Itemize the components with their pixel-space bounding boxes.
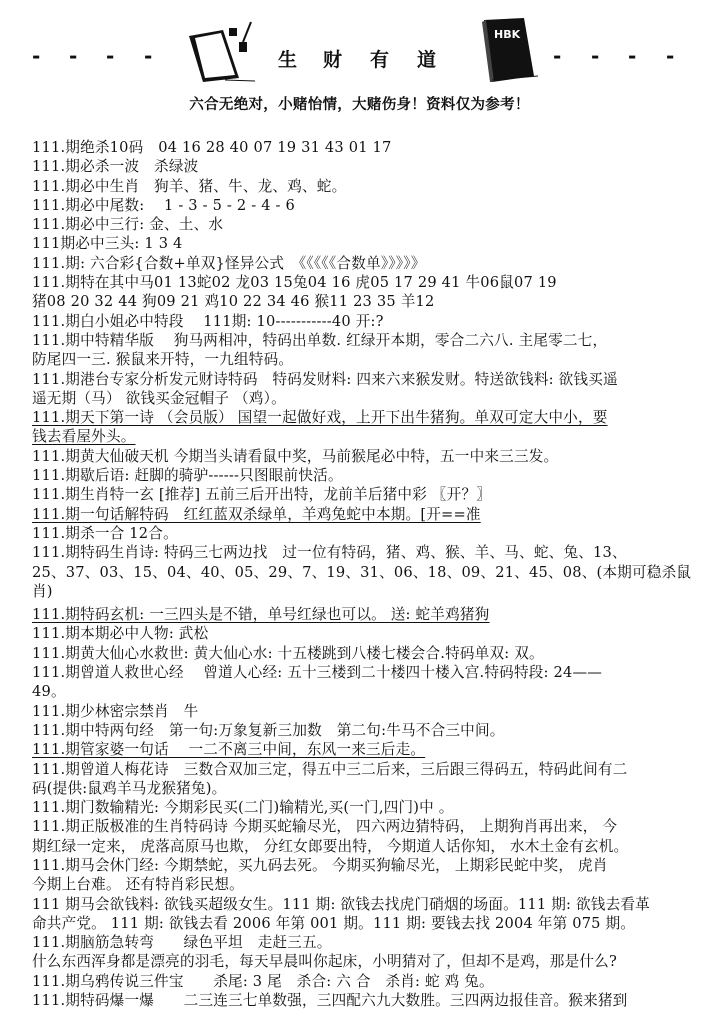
text-line: 111期必中三头: 1 3 4 [32,234,702,253]
text-line: 什么东西浑身都是漂亮的羽毛，每天早晨叫你起床，小明猜对了，但却不是鸡，那是什么? [32,952,702,971]
text-line: 111.期乌鸦传说三件宝 杀尾: 3 尾 杀合: 六 合 杀肖: 蛇 鸡 兔。 [32,972,702,991]
text-line: 111.期必中尾数: 1 - 3 - 5 - 2 - 4 - 6 [32,196,702,215]
text-line: 111.期白小姐必中特段 111期: 10-----------40 开:? [32,312,702,331]
prediction-list: 111.期绝杀10码 04 16 28 40 07 19 31 43 01 17… [32,138,702,1010]
text-line: 111.期: 六合彩{合数+单双}怪异公式 《《《《《合数单》》》》》 [32,254,702,273]
decorative-dash: - [106,44,114,68]
text-line: 期红绿一定来， 虎落高原马也欺， 分红女郎要出特， 今期道人话你知， 水木土金有… [32,837,702,856]
text-line: 111.期曾道人梅花诗 三数合双加三定，得五中三二后来，三后跟三得码五，特码此间… [32,760,702,779]
text-line-underlined: 111.期天下第一诗 （会员版） 国望一起做好戏，上开下出牛猪狗。单双可定大中小… [32,408,702,427]
text-line: 命共产党。 111 期: 欲钱去看 2006 年第 001 期。111 期: 要… [32,914,702,933]
text-line: 肖) [32,582,702,601]
text-line: 111.期绝杀10码 04 16 28 40 07 19 31 43 01 17 [32,138,702,157]
decorative-dash: - [32,44,40,68]
text-line: 111.期少林密宗禁肖 牛 [32,702,702,721]
text-line: 111.期必中三行: 金、土、水 [32,215,702,234]
text-line: 码(提供:鼠鸡羊马龙猴猪兔)。 [32,779,702,798]
text-line: 111.期必中生肖 狗羊、猪、牛、龙、鸡、蛇。 [32,177,702,196]
text-line: 111.期黄大仙破天机 今期当头请看鼠中奖，马前猴尾必中特，五一中来三三发。 [32,447,702,466]
text-line-underlined: 111.期管家婆一句话 一二不离三中间，东风一来三后走。 [32,740,702,759]
title-char: 道 [417,45,436,72]
text-line: 111.期特在其中马01 13蛇02 龙03 15兔04 16 虎05 17 2… [32,273,702,292]
text-line: 111.期中特精华版 狗马两相冲，特码出单数. 红绿开本期，零合二六八. 主尾零… [32,331,702,350]
text-line: 防尾四一三. 猴鼠来开特，一九组特码。 [32,350,702,369]
text-line: 111.期曾道人救世心经 曾道人心经: 五十三楼到二十楼四十楼入宫.特码特段: … [32,663,702,682]
title-char: 财 [323,45,342,72]
text-line: 111.期必杀一波 杀绿波 [32,157,702,176]
svg-text:HBK: HBK [494,28,521,41]
text-line: 111.期歇后语: 赶脚的骑驴------只图眼前快活。 [32,466,702,485]
disclaimer-text: 六合无绝对，小赌怡情，大赌伤身！资料仅为参考！ [0,93,719,114]
title-char: 生 [278,45,297,72]
text-line: 111.期生肖特一玄 [推荐] 五前三后开出特，龙前羊后猪中彩 〖开？〗 [32,485,702,504]
decorative-dash: - [628,44,636,68]
text-line-underlined: 钱去看屋外头。 [32,427,702,446]
text-line: 25、37、03、15、04、40、05、29、7、19、31、06、18、09… [32,563,702,582]
text-line: 111.期正版极准的生肖特码诗 今期买蛇输尽光， 四六两边猜特码， 上期狗肖再出… [32,817,702,836]
text-line: 111 期马会欲钱料: 欲钱买超级女生。111 期: 欲钱去找虎门硝烟的场面。1… [32,895,702,914]
text-line: 111.期中特两句经 第一句:万象复新三加数 第二句:牛马不合三中间。 [32,721,702,740]
text-line-underlined: 111.期一句话解特码 红红蓝双杀绿单，羊鸡兔蛇中本期。[开==准 [32,505,702,524]
text-line: 111.期门数输精光: 今期彩民买(二门)输精光,买(一门,四门)中 。 [32,798,702,817]
text-line: 111.期马会休门经: 今期禁蛇，买九码去死。 今期买狗输尽光， 上期彩民蛇中奖… [32,856,702,875]
text-line: 111.期本期必中人物: 武松 [32,624,702,643]
text-line: 猪08 20 32 44 狗09 21 鸡10 22 34 46 猴11 23 … [32,292,702,311]
decorative-dash: - [666,44,674,68]
page-header: - - - - 生 财 有 道 HBK - - - - [0,0,719,80]
open-book-icon [185,20,257,82]
text-line: 今期上台难。 还有特肖彩民想。 [32,875,702,894]
title-char: 有 [370,45,389,72]
closed-book-icon: HBK [480,16,538,84]
text-line: 111.期港台专家分析发元财诗特码 特码发财料: 四来六来猴发财。特送欲钱料: … [32,370,702,389]
text-line: 111.期黄大仙心水救世: 黄大仙心水: 十五楼跳到八楼七楼会合.特码单双: 双… [32,644,702,663]
text-line: 111.期杀一合 12合。 [32,524,702,543]
text-line: 遥无期（马） 欲钱买金冠帽子 （鸡）。 [32,389,702,408]
text-line: 111.期脑筋急转弯 绿色平坦 走赶三五。 [32,933,702,952]
text-line: 49。 [32,682,702,701]
decorative-dash: - [69,44,77,68]
text-line-underlined: 111.期特码玄机: 一三四头是不错，单号红绿也可以。 送: 蛇羊鸡猪狗 [32,605,702,624]
text-line: 111.期特码爆一爆 二三连三七单数强，三四配六九大数胜。三四两边报佳音。猴来猪… [32,991,702,1010]
decorative-dash: - [591,44,599,68]
decorative-dash: - [144,44,152,68]
text-line: 111.期特码生肖诗: 特码三七两边找 过一位有特码，猪、鸡、猴、羊、马、蛇、兔… [32,543,702,562]
decorative-dash: - [553,44,561,68]
